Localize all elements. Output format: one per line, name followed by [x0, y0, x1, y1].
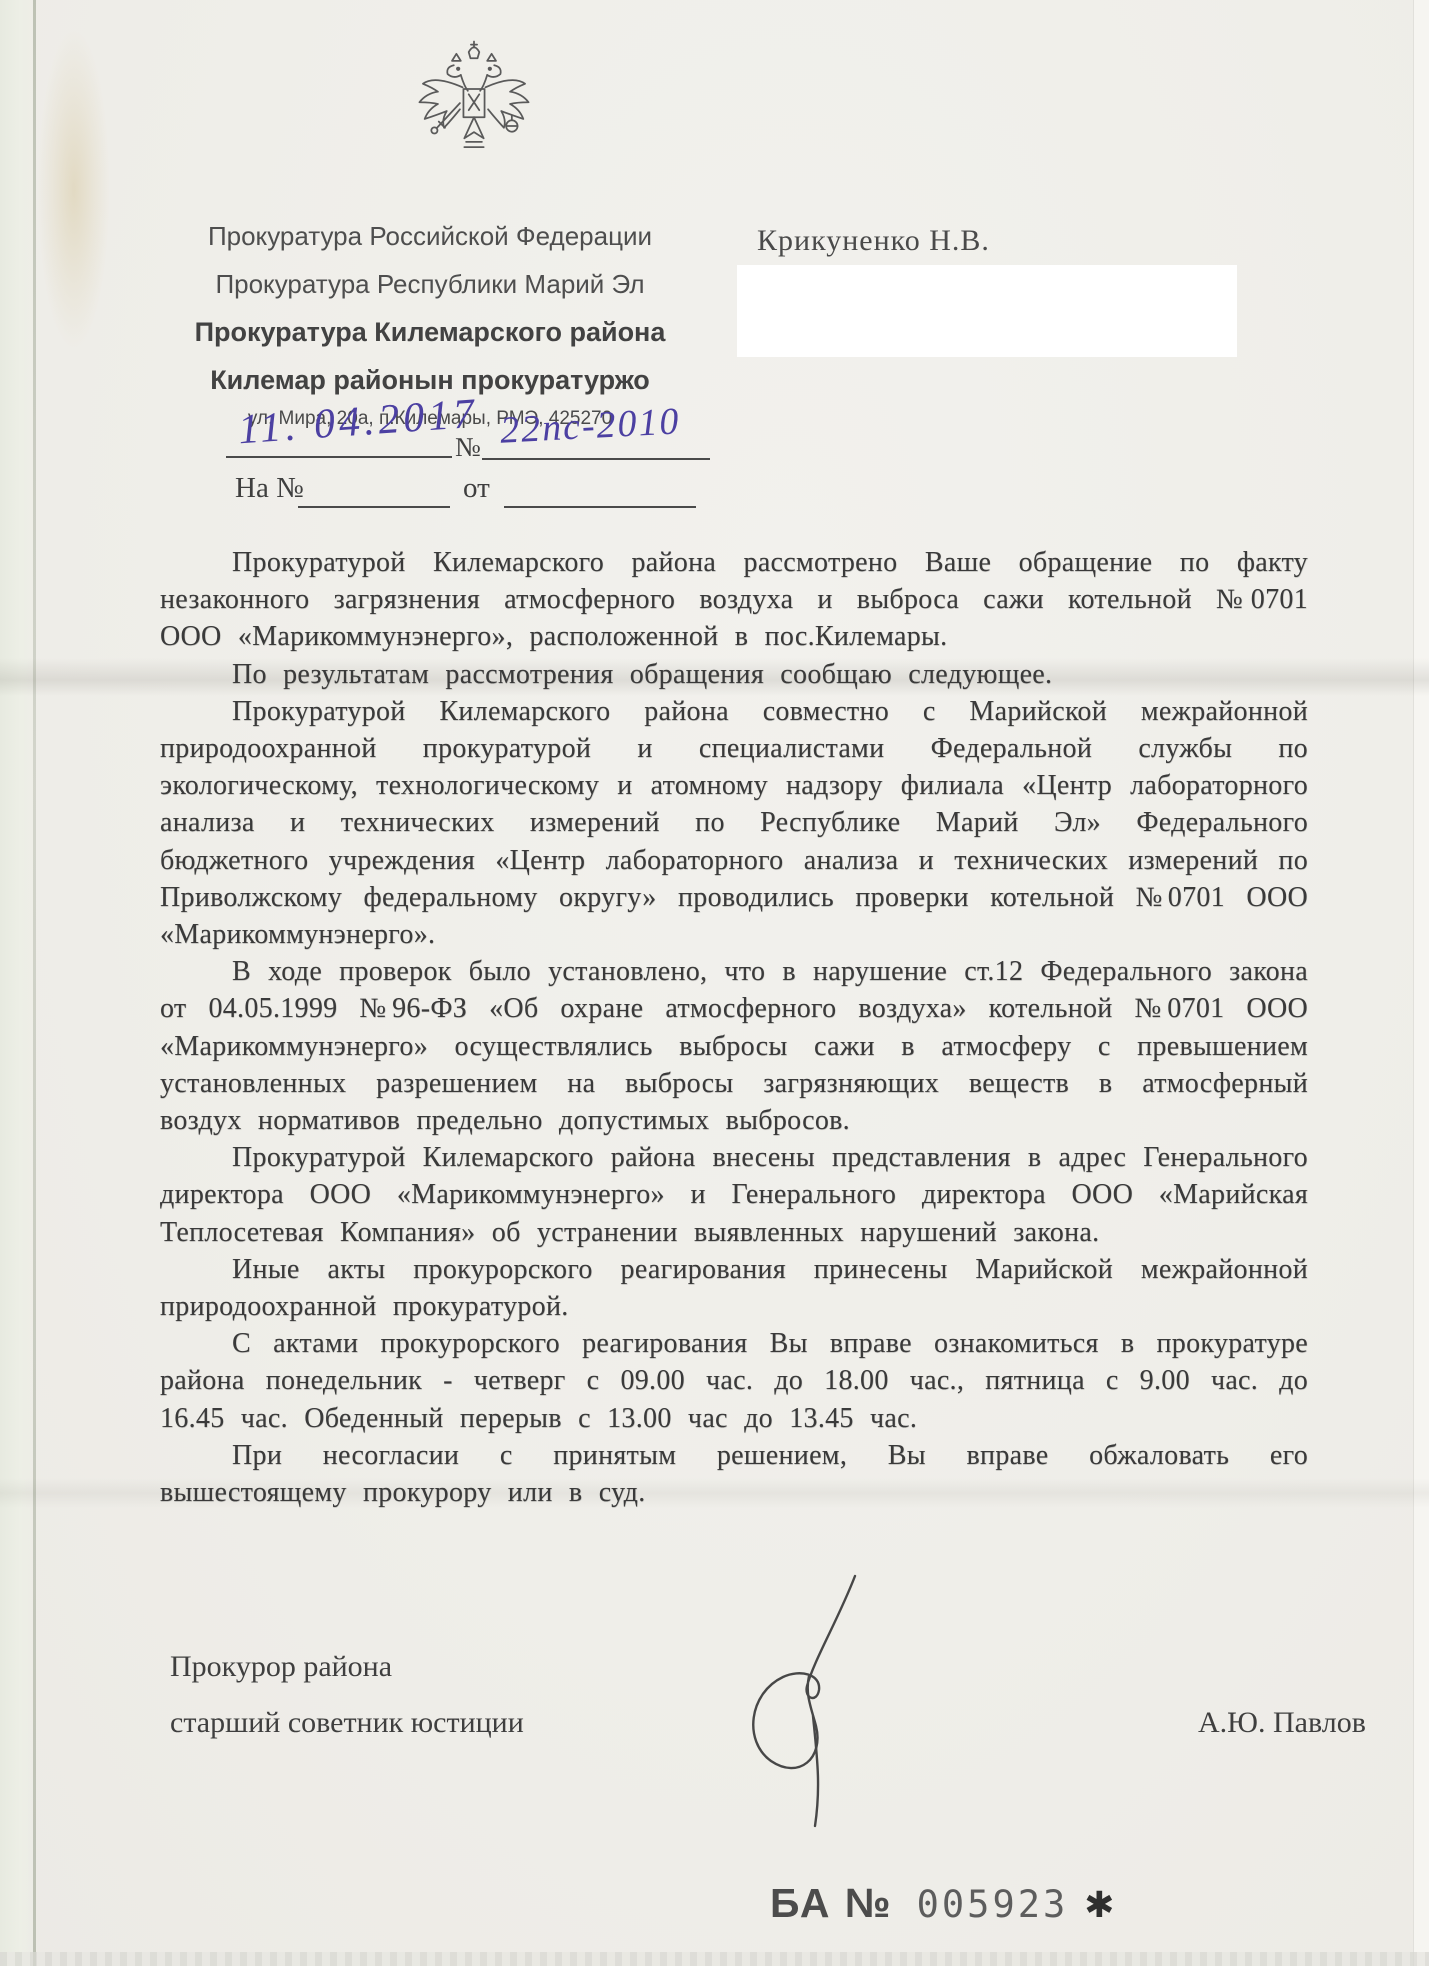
handwritten-signature: [718, 1568, 883, 1833]
body-paragraph: С актами прокурорского реагирования Вы в…: [160, 1325, 1308, 1437]
scan-left-edge-line: [33, 0, 36, 1966]
russian-coat-of-arms-icon: [408, 34, 540, 174]
signatory-name: А.Ю. Павлов: [1198, 1706, 1366, 1740]
form-stamp: БА № 005923 ✱: [770, 1880, 1114, 1927]
letter-body: Прокуратурой Килемарского района рассмот…: [160, 544, 1308, 1511]
stamp-number: 005923: [917, 1883, 1069, 1926]
scan-right-edge: [1413, 0, 1429, 1966]
redacted-address-block: [737, 265, 1237, 357]
body-paragraph: Иные акты прокурорского реагирования при…: [160, 1251, 1308, 1325]
body-paragraph: Прокуратурой Килемарского района рассмот…: [160, 544, 1308, 656]
reference-number-blank-line: [298, 506, 450, 508]
number-sign: №: [455, 432, 481, 463]
handwritten-outgoing-number: 22пс-2010: [499, 399, 682, 452]
signatory-title-line-1: Прокурор района: [170, 1650, 392, 1684]
scanned-letter-page: Прокуратура Российской Федерации Прокура…: [0, 0, 1429, 1966]
letterhead-org-line-1: Прокуратура Российской Федерации: [130, 212, 730, 260]
number-blank-line: [482, 458, 710, 460]
signatory-title-line-2: старший советник юстиции: [170, 1706, 524, 1740]
letterhead-org-line-2: Прокуратура Республики Марий Эл: [130, 260, 730, 308]
scan-bottom-edge: [0, 1952, 1429, 1966]
body-paragraph: В ходе проверок было установлено, что в …: [160, 953, 1308, 1139]
reference-date-blank-line: [504, 506, 696, 508]
reference-ot-label: от: [463, 472, 490, 505]
body-paragraph: Прокуратурой Килемарского района внесены…: [160, 1139, 1308, 1251]
body-paragraph: Прокуратурой Килемарского района совмест…: [160, 693, 1308, 953]
date-blank-line: [226, 456, 452, 458]
recipient-name: Крикуненко Н.В.: [757, 224, 990, 258]
stamp-series: БА №: [770, 1880, 893, 1927]
letterhead-org-line-3: Прокуратура Килемарского района: [130, 308, 730, 356]
body-paragraph: По результатам рассмотрения обращения со…: [160, 656, 1308, 693]
body-paragraph: При несогласии с принятым решением, Вы в…: [160, 1437, 1308, 1511]
reference-na-label: На №: [235, 472, 304, 505]
stamp-star-icon: ✱: [1084, 1884, 1114, 1926]
paper-stain: [38, 30, 110, 350]
